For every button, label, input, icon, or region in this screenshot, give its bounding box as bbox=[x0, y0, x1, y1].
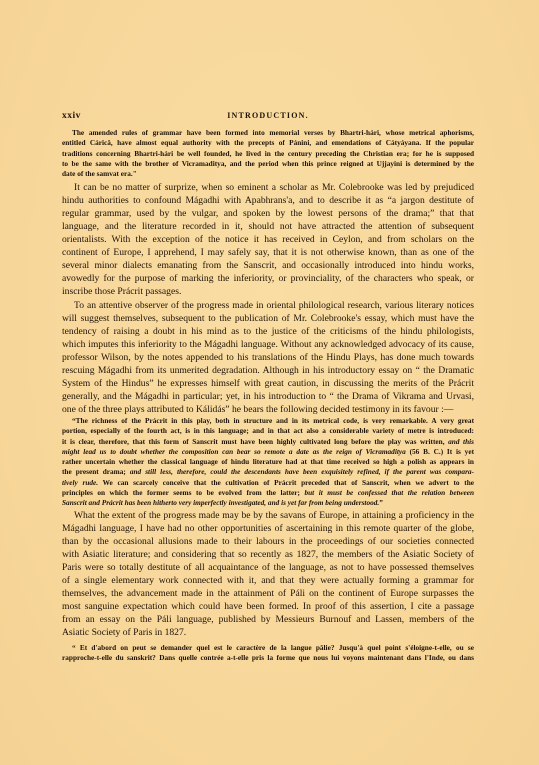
text-line: traditions concerning Bhartri-hári be we… bbox=[62, 149, 474, 159]
text-run: ” bbox=[379, 498, 383, 507]
text-line: professor Wilson, by the notes appended … bbox=[62, 351, 474, 364]
text-line: entitled Cárică, have almost equal autho… bbox=[62, 138, 474, 148]
text-line: regular grammar, used by the vulgar, and… bbox=[62, 207, 474, 220]
text-line: rather uncertain whether the classical l… bbox=[62, 457, 474, 467]
text-line: “The richness of the Prácrit in this pla… bbox=[62, 416, 474, 426]
text-line: themselves, the advancement made in the … bbox=[62, 587, 474, 600]
text-line: from an essay on the Páli language, publ… bbox=[62, 613, 474, 626]
text-line: might lead us to doubt whether the compo… bbox=[62, 447, 474, 457]
italic-run: Sanscrit and Prácrit has been hitherto v… bbox=[62, 498, 379, 507]
text-line: System of the Hindus” he expresses himse… bbox=[62, 377, 474, 390]
text-run: rather uncertain whether the classical l… bbox=[62, 457, 474, 466]
text-line: which imputes this inferiority to the Má… bbox=[62, 338, 474, 351]
text-line: to be the same with the brother of Vicra… bbox=[62, 159, 474, 169]
italic-run: and still less, therefore, could the des… bbox=[130, 467, 474, 476]
running-title: INTRODUCTION. bbox=[62, 111, 474, 120]
text-line: most sanguine expectation which could ha… bbox=[62, 600, 474, 613]
paragraph-2: To an attentive observer of the progress… bbox=[62, 299, 474, 416]
text-line: orientalists. With the exception of the … bbox=[62, 233, 474, 246]
text-line: Paris were so totally destitute of all a… bbox=[62, 561, 474, 574]
italic-run: and this bbox=[448, 437, 474, 446]
text-line: than by the occasional allusions made to… bbox=[62, 535, 474, 548]
book-page: xxiv INTRODUCTION. The amended rules of … bbox=[0, 0, 539, 765]
text-line: it is clear, therefore, that this form o… bbox=[62, 437, 474, 447]
text-line: with Asiatic literature; and considering… bbox=[62, 548, 474, 561]
text-line: avowedly for the purpose of marking the … bbox=[62, 272, 474, 285]
page-header: xxiv INTRODUCTION. bbox=[62, 111, 474, 125]
text-line: will suggest themselves, subsequent to t… bbox=[62, 312, 474, 325]
text-run: We can scarcely conceive that the cultiv… bbox=[98, 478, 474, 487]
quotation-burnouf-lassen: “ Et d'abord on peut se demander quel es… bbox=[62, 643, 474, 664]
text-line: What the extent of the progress made may… bbox=[62, 509, 474, 522]
italic-run: but it must be confessed that the relati… bbox=[304, 488, 474, 497]
text-line: The amended rules of grammar have been f… bbox=[62, 128, 474, 138]
text-run: it is clear, therefore, that this form o… bbox=[62, 437, 448, 446]
text-line: inscribe those Prácrit passages. bbox=[62, 285, 474, 298]
text-line: Asiatic Society of Paris in 1827. bbox=[62, 626, 474, 639]
text-line: portion, especially of the fourth act, i… bbox=[62, 426, 474, 436]
text-line: principles on which the former seems to … bbox=[62, 488, 474, 498]
footnote-top: The amended rules of grammar have been f… bbox=[62, 128, 474, 179]
text-line: rapproche-t-elle du sanskrit? Dans quell… bbox=[62, 653, 474, 663]
text-line: the present drama; and still less, there… bbox=[62, 467, 474, 477]
text-line: language, and the literature recorded in… bbox=[62, 220, 474, 233]
text-line: one of the three plays attributed to Kál… bbox=[62, 403, 474, 416]
text-run: (56 B. C.) It is yet bbox=[406, 447, 474, 456]
quotation-wilson: “The richness of the Prácrit in this pla… bbox=[62, 416, 474, 509]
text-line: tendency of raising a doubt in his mind … bbox=[62, 325, 474, 338]
text-line: of a single elementary work connected wi… bbox=[62, 574, 474, 587]
text-line: several minor dialects emanating from th… bbox=[62, 259, 474, 272]
text-line: “ Et d'abord on peut se demander quel es… bbox=[62, 643, 474, 653]
text-line: To an attentive observer of the progress… bbox=[62, 299, 474, 312]
text-line: Sanscrit and Prácrit has been hitherto v… bbox=[62, 498, 474, 508]
italic-run: might lead us to doubt whether the compo… bbox=[62, 447, 406, 456]
text-line: It can be no matter of surprize, when so… bbox=[62, 181, 474, 194]
italic-run: tively rude. bbox=[62, 478, 98, 487]
text-run: the present drama; bbox=[62, 467, 130, 476]
text-line: tively rude. We can scarcely conceive th… bbox=[62, 478, 474, 488]
text-run: principles on which the former seems to … bbox=[62, 488, 304, 497]
text-line: continent of Europe, I apprehend, I may … bbox=[62, 246, 474, 259]
text-line: date of the samvat era." bbox=[62, 169, 474, 179]
text-run: portion, especially of the fourth act, i… bbox=[62, 426, 474, 435]
text-line: generally, and the Mágadhi in particular… bbox=[62, 390, 474, 403]
text-line: rescuing Mágadhi from its unmerited degr… bbox=[62, 364, 474, 377]
paragraph-3: What the extent of the progress made may… bbox=[62, 509, 474, 639]
paragraph-1: It can be no matter of surprize, when so… bbox=[62, 181, 474, 298]
text-line: Mágadhi language, I have had no other op… bbox=[62, 522, 474, 535]
text-line: hindu authorities to confound Mágadhi wi… bbox=[62, 194, 474, 207]
text-run: “The richness of the Prácrit in this pla… bbox=[72, 416, 474, 425]
